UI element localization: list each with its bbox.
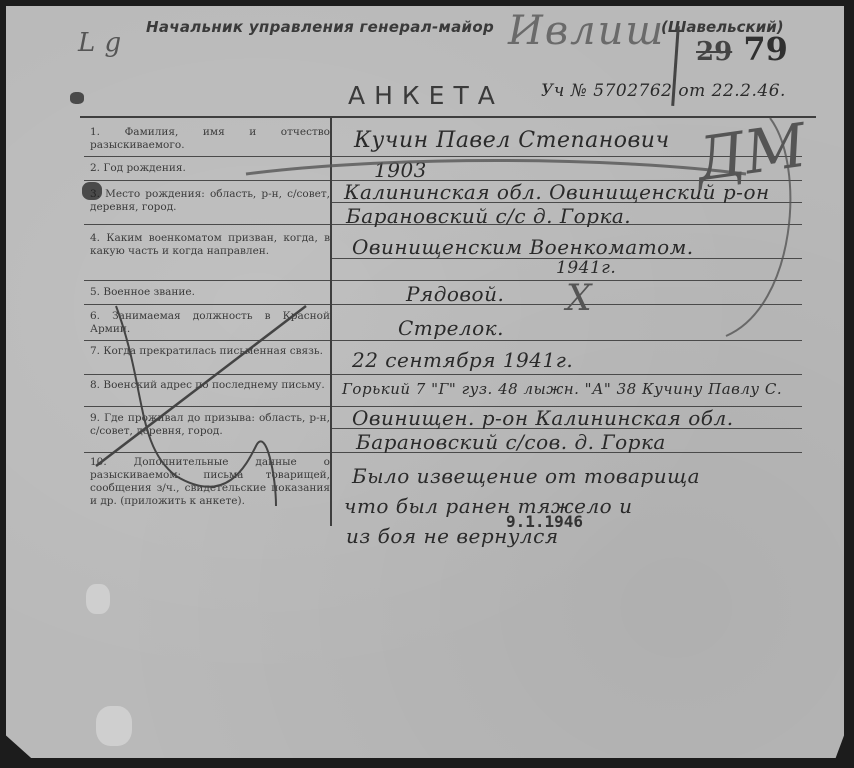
questionnaire-sheet: L g Начальник управления генерал-майор И…	[6, 6, 844, 758]
paper-damage	[86, 584, 110, 614]
pencil-strokes	[6, 6, 844, 758]
hole	[82, 182, 102, 200]
paper-damage	[96, 706, 132, 746]
hole	[70, 92, 84, 104]
